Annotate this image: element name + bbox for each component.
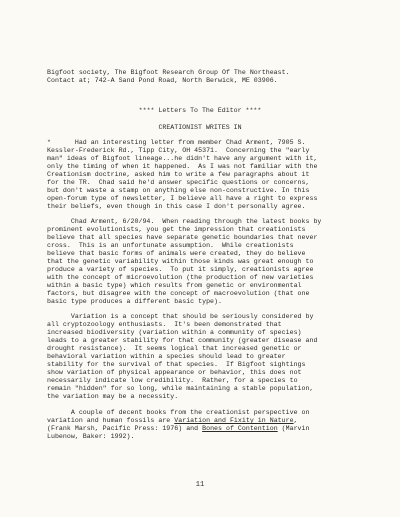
- text-line: man" ideas of Bigfoot lineage...he didn'…: [47, 155, 317, 162]
- text-span: variation and human fossils are: [47, 417, 174, 424]
- text-span: (Frank Marsh, Pacific Press: 1976) and: [47, 425, 202, 432]
- text-line: their beliefs, even though in this case …: [47, 203, 306, 210]
- text-line: that the genetic variability within thos…: [47, 258, 313, 265]
- text-line: behavioral variation within a species sh…: [47, 353, 286, 360]
- text-line: leads to a greater stability for that co…: [47, 337, 317, 344]
- text-line: Kessler-Frederick Rd., Tipp City, OH 453…: [47, 147, 309, 154]
- text-line: open-forum type of newsletter, I believe…: [47, 195, 317, 202]
- text-line: increased biodiversity (variation within…: [47, 329, 302, 336]
- text-line: basic type produces a different basic ty…: [47, 298, 222, 305]
- book-title: Variation and Fixity in Nature: [174, 417, 293, 424]
- text-line: believe that basic forms of animals were…: [47, 250, 306, 257]
- newsletter-page: Bigfoot society, The Bigfoot Research Gr…: [0, 0, 400, 517]
- text-line: Chad Arment, 6/20/94. When reading throu…: [47, 218, 321, 225]
- text-line: believe that all species have separate g…: [47, 234, 317, 241]
- book-title: Bones of Contention: [202, 425, 278, 432]
- text-line: variation and human fossils are Variatio…: [47, 417, 298, 424]
- text-line: with the concept of microevolution (the …: [47, 274, 313, 281]
- text-line: stability for the survival of that speci…: [47, 361, 306, 368]
- text-line: Lubenow, Baker: 1992).: [47, 433, 135, 440]
- text-line: Variation is a concept that should be se…: [47, 313, 313, 320]
- section-heading: **** Letters To The Editor ****: [0, 107, 400, 114]
- page-number: 11: [0, 481, 400, 489]
- text-line: cross. This is an unfortunate assumption…: [47, 242, 294, 249]
- intro-line: Contact at; 742-A Sand Pond Road, North …: [47, 77, 278, 84]
- text-line: produce a variety of species. To put it …: [47, 266, 313, 273]
- text-line: remain "hidden" for so long, while maint…: [47, 385, 313, 392]
- text-line: only the timing of when it happened. As …: [47, 163, 317, 170]
- text-line: (Frank Marsh, Pacific Press: 1976) and B…: [47, 425, 310, 432]
- article-title: CREATIONIST WRITES IN: [0, 124, 400, 131]
- text-span: ,: [294, 417, 298, 424]
- text-line: all cryptozoology enthusiasts. It's been…: [47, 321, 282, 328]
- intro-line: Bigfoot society, The Bigfoot Research Gr…: [47, 69, 290, 76]
- text-line: Creationism doctrine, asked him to write…: [47, 171, 309, 178]
- text-line: * Had an interesting letter from member …: [47, 139, 306, 146]
- text-line: the variation may be a necessity.: [47, 393, 178, 400]
- text-line: factors, but disagree with the concept o…: [47, 290, 309, 297]
- text-line: A couple of decent books from the creati…: [47, 409, 309, 416]
- text-line: within a basic type) which results from …: [47, 282, 302, 289]
- text-line: prominent evolutionists, you get the imp…: [47, 226, 306, 233]
- text-line: show variation of physical appearance or…: [47, 369, 302, 376]
- text-line: but don't waste a stamp on anything else…: [47, 187, 309, 194]
- text-span: (Marvin: [278, 425, 310, 432]
- text-line: necessarily indicate low credibility. Ra…: [47, 377, 298, 384]
- text-line: drought resistance). It seems logical th…: [47, 345, 302, 352]
- text-line: for the TR. Chad said he'd answer specif…: [47, 179, 309, 186]
